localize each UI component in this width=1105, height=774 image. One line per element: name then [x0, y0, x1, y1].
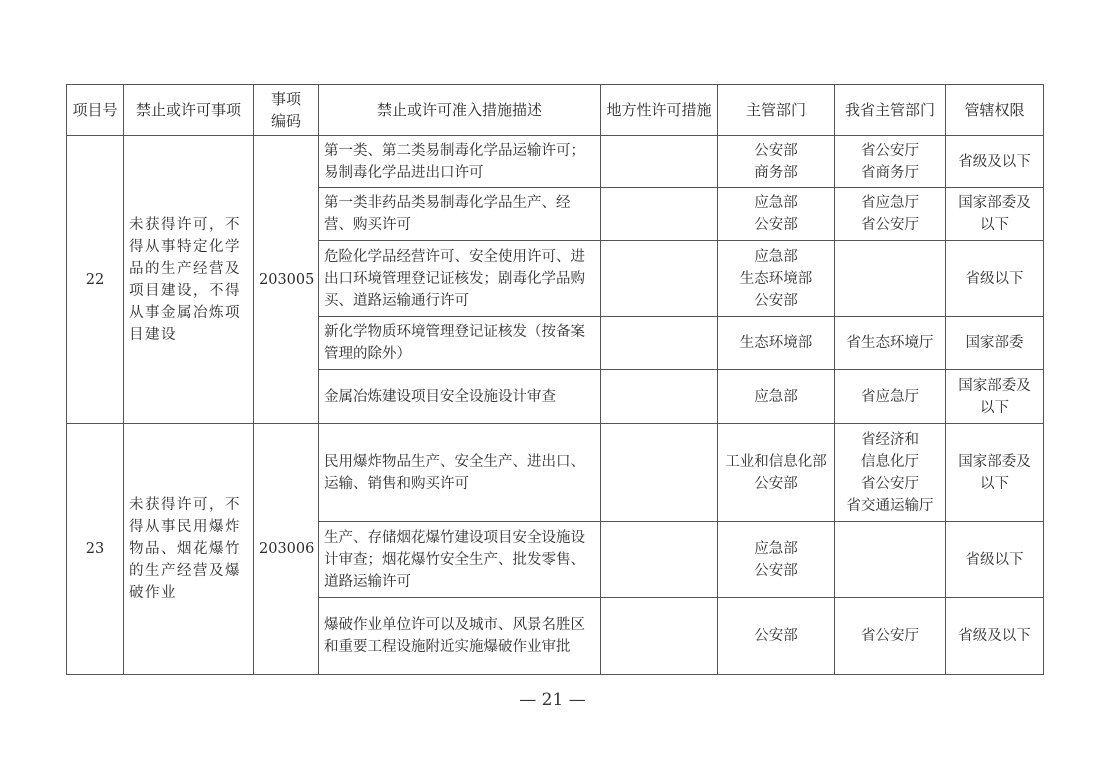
prov-dept-line: 省生态环境厅	[840, 332, 940, 354]
header-measure: 禁止或许可准入措施描述	[319, 85, 601, 136]
measure-description: 民用爆炸物品生产、安全生产、进出口、运输、销售和购买许可	[319, 424, 601, 522]
dept-line: 应急部	[723, 386, 829, 408]
dept: 应急部 生态环境部 公安部	[718, 241, 835, 317]
prov-dept: 省公安厅	[835, 598, 946, 675]
page-number: — 21 —	[0, 690, 1105, 710]
jurisdiction: 省级以下	[946, 241, 1044, 317]
measure-description: 第一类非药品类易制毒化学品生产、经营、购买许可	[319, 188, 601, 241]
local-measure	[601, 370, 718, 424]
jurisdiction: 国家部委及 以下	[946, 370, 1044, 424]
dept-line: 应急部	[723, 192, 829, 214]
dept-line: 应急部	[723, 246, 829, 268]
prov-dept-line: 省应急厅	[840, 192, 940, 214]
measure-description: 第一类、第二类易制毒化学品运输许可；易制毒化学品进出口许可	[319, 136, 601, 188]
dept-line: 应急部	[723, 538, 829, 560]
local-measure	[601, 317, 718, 370]
jurisdiction: 省级及以下	[946, 136, 1044, 188]
prov-dept	[835, 522, 946, 598]
jurisdiction-line: 以下	[951, 397, 1038, 419]
local-measure	[601, 241, 718, 317]
jurisdiction-line: 国家部委及	[951, 192, 1038, 214]
header-code-line: 事项	[259, 88, 313, 110]
prov-dept-line: 信息化厅	[840, 451, 940, 473]
measure-description: 生产、存储烟花爆竹建设项目安全设施设计审查；烟花爆竹安全生产、批发零售、道路运输…	[319, 522, 601, 598]
dept: 生态环境部	[718, 317, 835, 370]
prov-dept-line: 省公安厅	[840, 140, 940, 162]
dept-line: 公安部	[723, 560, 829, 582]
table-row: 23 未获得许可，不得从事民用爆炸物品、烟花爆竹的生产经营及爆破作业 20300…	[67, 424, 1044, 522]
header-item-no: 项目号	[67, 85, 124, 136]
local-measure	[601, 424, 718, 522]
dept-line: 公安部	[723, 214, 829, 236]
jurisdiction-line: 以下	[951, 473, 1038, 495]
jurisdiction-line: 国家部委及	[951, 451, 1038, 473]
header-item-desc: 禁止或许可事项	[124, 85, 254, 136]
item-description: 未获得许可，不得从事特定化学品的生产经营及项目建设，不得从事金属冶炼项目建设	[124, 136, 254, 424]
dept-line: 工业和信息化部	[723, 451, 829, 473]
header-dept: 主管部门	[718, 85, 835, 136]
prov-dept: 省应急厅	[835, 370, 946, 424]
header-code-line: 编码	[259, 110, 313, 132]
prov-dept-line: 省交通运输厅	[840, 495, 940, 517]
item-description: 未获得许可，不得从事民用爆炸物品、烟花爆竹的生产经营及爆破作业	[124, 424, 254, 675]
prov-dept: 省公安厅 省商务厅	[835, 136, 946, 188]
jurisdiction-line: 省级及以下	[951, 151, 1038, 173]
jurisdiction-line: 国家部委及	[951, 375, 1038, 397]
local-measure	[601, 188, 718, 241]
prov-dept-line: 省经济和	[840, 429, 940, 451]
prov-dept-line: 省公安厅	[840, 473, 940, 495]
prov-dept-line: 省公安厅	[840, 214, 940, 236]
jurisdiction-line: 省级以下	[951, 268, 1038, 290]
prov-dept	[835, 241, 946, 317]
prov-dept-line: 省应急厅	[840, 386, 940, 408]
measure-description: 爆破作业单位许可以及城市、风景名胜区和重要工程设施附近实施爆破作业审批	[319, 598, 601, 675]
item-no: 23	[67, 424, 124, 675]
dept: 公安部	[718, 598, 835, 675]
prov-dept: 省生态环境厅	[835, 317, 946, 370]
local-measure	[601, 598, 718, 675]
dept-line: 公安部	[723, 625, 829, 647]
item-code: 203005	[254, 136, 319, 424]
dept: 应急部 公安部	[718, 188, 835, 241]
local-measure	[601, 136, 718, 188]
measure-description: 金属冶炼建设项目安全设施设计审查	[319, 370, 601, 424]
dept-line: 公安部	[723, 290, 829, 312]
dept: 应急部 公安部	[718, 522, 835, 598]
dept-line: 商务部	[723, 162, 829, 184]
header-prov-dept: 我省主管部门	[835, 85, 946, 136]
measure-description: 新化学物质环境管理登记证核发（按备案管理的除外）	[319, 317, 601, 370]
header-jurisdiction: 管辖权限	[946, 85, 1044, 136]
dept-line: 生态环境部	[723, 332, 829, 354]
local-measure	[601, 522, 718, 598]
jurisdiction: 省级以下	[946, 522, 1044, 598]
permit-table: 项目号 禁止或许可事项 事项 编码 禁止或许可准入措施描述 地方性许可措施 主管…	[66, 84, 1044, 675]
jurisdiction: 省级及以下	[946, 598, 1044, 675]
dept: 工业和信息化部 公安部	[718, 424, 835, 522]
header-local: 地方性许可措施	[601, 85, 718, 136]
dept: 应急部	[718, 370, 835, 424]
dept-line: 公安部	[723, 473, 829, 495]
jurisdiction: 国家部委及 以下	[946, 188, 1044, 241]
table-row: 22 未获得许可，不得从事特定化学品的生产经营及项目建设，不得从事金属冶炼项目建…	[67, 136, 1044, 188]
jurisdiction: 国家部委及 以下	[946, 424, 1044, 522]
measure-description: 危险化学品经营许可、安全使用许可、进出口环境管理登记证核发；剧毒化学品购买、道路…	[319, 241, 601, 317]
prov-dept: 省经济和 信息化厅 省公安厅 省交通运输厅	[835, 424, 946, 522]
dept: 公安部 商务部	[718, 136, 835, 188]
table-header-row: 项目号 禁止或许可事项 事项 编码 禁止或许可准入措施描述 地方性许可措施 主管…	[67, 85, 1044, 136]
jurisdiction-line: 国家部委	[951, 332, 1038, 354]
header-code: 事项 编码	[254, 85, 319, 136]
jurisdiction-line: 省级以下	[951, 549, 1038, 571]
prov-dept: 省应急厅 省公安厅	[835, 188, 946, 241]
prov-dept-line: 省公安厅	[840, 625, 940, 647]
prov-dept-line: 省商务厅	[840, 162, 940, 184]
jurisdiction-line: 省级及以下	[951, 625, 1038, 647]
dept-line: 公安部	[723, 140, 829, 162]
item-code: 203006	[254, 424, 319, 675]
item-no: 22	[67, 136, 124, 424]
jurisdiction-line: 以下	[951, 214, 1038, 236]
dept-line: 生态环境部	[723, 268, 829, 290]
jurisdiction: 国家部委	[946, 317, 1044, 370]
